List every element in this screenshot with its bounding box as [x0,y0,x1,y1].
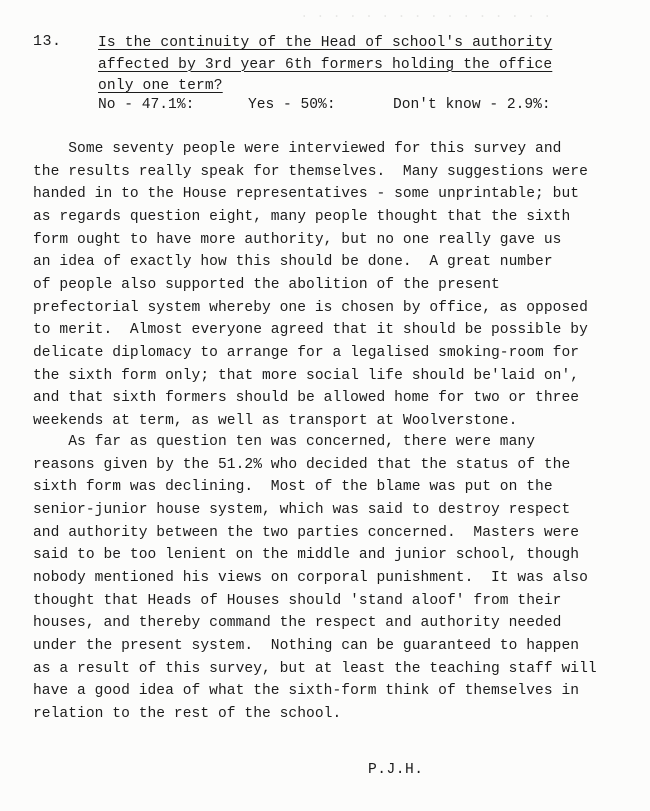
text-line: weekends at term, as well as transport a… [33,410,643,433]
question-answers: No - 47.1%: Yes - 50%: Don't know - 2.9%… [98,97,551,113]
paragraph-survey-results: Some seventy people were interviewed for… [33,138,643,433]
text-line: said to be too lenient on the middle and… [33,544,643,567]
answer-no: No - 47.1%: [98,97,248,113]
text-line: an idea of exactly how this should be do… [33,251,643,274]
text-line: to merit. Almost everyone agreed that it… [33,319,643,342]
text-line: and that sixth formers should be allowed… [33,387,643,410]
text-line: senior-junior house system, which was sa… [33,499,643,522]
text-line: prefectorial system whereby one is chose… [33,297,643,320]
text-line: reasons given by the 51.2% who decided t… [33,454,643,477]
text-line: houses, and thereby command the respect … [33,612,643,635]
question-text: Is the continuity of the Head of school'… [98,33,552,98]
text-line: thought that Heads of Houses should 'sta… [33,590,643,613]
text-line: under the present system. Nothing can be… [33,635,643,658]
text-line: as regards question eight, many people t… [33,206,643,229]
text-line: relation to the rest of the school. [33,703,643,726]
author-signature: P.J.H. [368,762,424,778]
text-line: of people also supported the abolition o… [33,274,643,297]
text-line: form ought to have more authority, but n… [33,229,643,252]
text-line: the sixth form only; that more social li… [33,365,643,388]
question-line: Is the continuity of the Head of school'… [98,33,552,55]
question-line: only one term? [98,76,552,98]
text-line: nobody mentioned his views on corporal p… [33,567,643,590]
typewritten-page: . . . . . . . . . . . . . . . . 13. Is t… [0,0,650,811]
text-line: and authority between the two parties co… [33,522,643,545]
text-line: As far as question ten was concerned, th… [33,431,643,454]
question-line: affected by 3rd year 6th formers holding… [98,55,552,77]
text-line: handed in to the House representatives -… [33,183,643,206]
bleed-through-text: . . . . . . . . . . . . . . . . [300,6,648,21]
question-number: 13. [33,33,62,50]
answer-yes: Yes - 50%: [248,97,393,113]
text-line: sixth form was declining. Most of the bl… [33,476,643,499]
text-line: have a good idea of what the sixth-form … [33,680,643,703]
text-line: as a result of this survey, but at least… [33,658,643,681]
answer-dont-know: Don't know - 2.9%: [393,97,551,113]
text-line: the results really speak for themselves.… [33,161,643,184]
text-line: Some seventy people were interviewed for… [33,138,643,161]
paragraph-question-ten: As far as question ten was concerned, th… [33,431,643,726]
text-line: delicate diplomacy to arrange for a lega… [33,342,643,365]
